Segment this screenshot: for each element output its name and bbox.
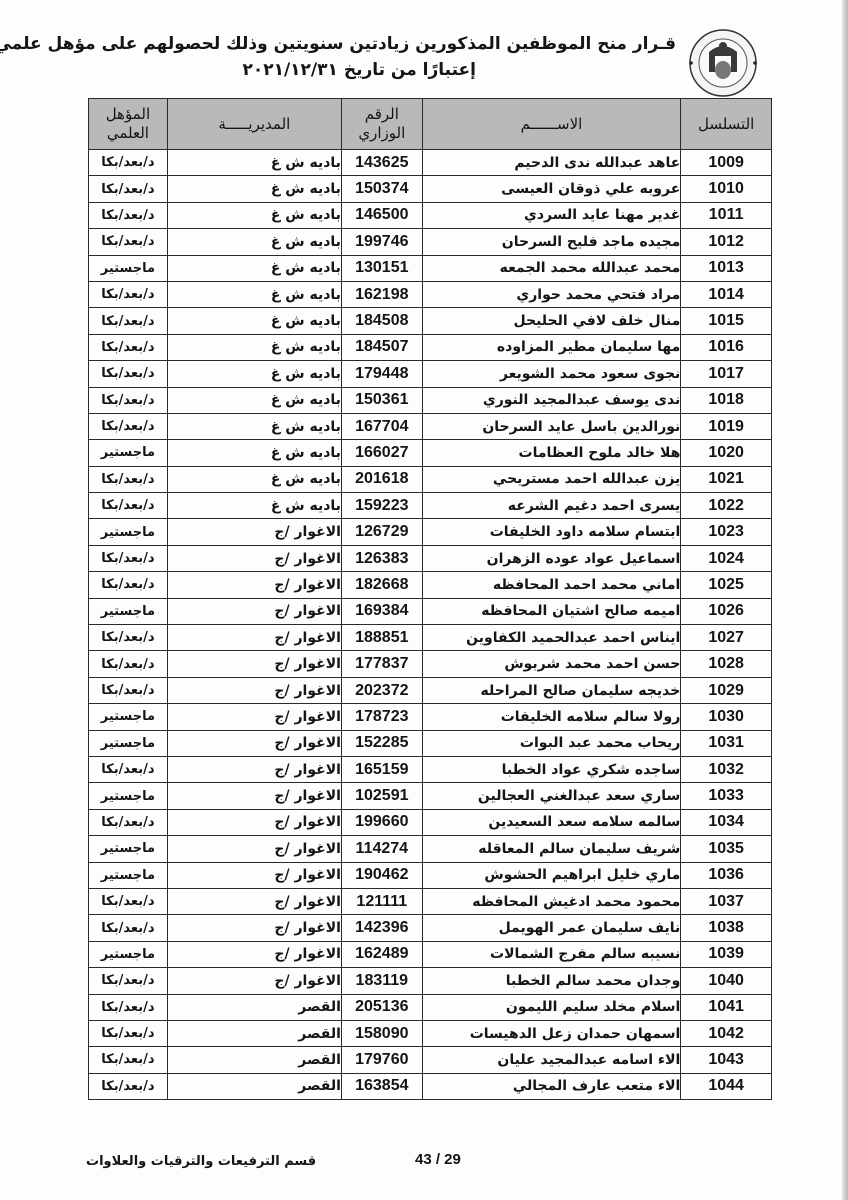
cell-qualification: د/بعد/بكا	[89, 625, 168, 651]
cell-ministry-number: 183119	[341, 968, 422, 994]
cell-directorate: باديه ش غ	[167, 176, 341, 202]
cell-serial: 1037	[681, 888, 772, 914]
table-row: 1042اسمهان حمدان زعل الدهيسات158090القصر…	[89, 1020, 772, 1046]
cell-directorate: الاغوار /ج	[167, 888, 341, 914]
table-row: 1041اسلام مخلد سليم الليمون205136القصرد/…	[89, 994, 772, 1020]
cell-name: يزن عبدالله احمد مستريحي	[422, 466, 681, 492]
cell-directorate: الاغوار /ج	[167, 836, 341, 862]
cell-serial: 1041	[681, 994, 772, 1020]
cell-qualification: د/بعد/بكا	[89, 361, 168, 387]
cell-directorate: الاغوار /ج	[167, 625, 341, 651]
table-row: 1033ساري سعد عبدالغني العجالين102591الاغ…	[89, 783, 772, 809]
cell-directorate: الاغوار /ج	[167, 915, 341, 941]
cell-name: اماني محمد احمد المحافظه	[422, 572, 681, 598]
table-row: 1043الاء اسامه عبدالمجيد عليان179760القص…	[89, 1047, 772, 1073]
col-header-number-line2: الوزاري	[342, 124, 422, 143]
cell-directorate: باديه ش غ	[167, 466, 341, 492]
cell-qualification: ماجستير	[89, 730, 168, 756]
cell-ministry-number: 179448	[341, 361, 422, 387]
cell-serial: 1017	[681, 361, 772, 387]
table-row: 1035شريف سليمان سالم المعاقله114274الاغو…	[89, 836, 772, 862]
cell-serial: 1028	[681, 651, 772, 677]
cell-serial: 1038	[681, 915, 772, 941]
cell-directorate: باديه ش غ	[167, 150, 341, 176]
cell-directorate: باديه ش غ	[167, 334, 341, 360]
cell-qualification: د/بعد/بكا	[89, 150, 168, 176]
cell-ministry-number: 178723	[341, 704, 422, 730]
table-row: 1026اميمه صالح اشتيان المحافظه169384الاغ…	[89, 598, 772, 624]
cell-serial: 1035	[681, 836, 772, 862]
table-row: 1018ندى يوسف عبدالمجيد النوري150361باديه…	[89, 387, 772, 413]
col-header-qualification: المؤهل العلمي	[89, 99, 168, 150]
cell-ministry-number: 201618	[341, 466, 422, 492]
cell-qualification: د/بعد/بكا	[89, 1020, 168, 1046]
table-row: 1021يزن عبدالله احمد مستريحي201618باديه …	[89, 466, 772, 492]
cell-name: غدير مهنا عايد السردي	[422, 202, 681, 228]
cell-ministry-number: 162198	[341, 281, 422, 307]
cell-ministry-number: 121111	[341, 888, 422, 914]
cell-ministry-number: 126383	[341, 545, 422, 571]
cell-qualification: ماجستير	[89, 941, 168, 967]
table-row: 1028حسن احمد محمد شربوش177837الاغوار /جد…	[89, 651, 772, 677]
cell-qualification: د/بعد/بكا	[89, 1073, 168, 1099]
cell-serial: 1032	[681, 756, 772, 782]
cell-directorate: القصر	[167, 1073, 341, 1099]
cell-ministry-number: 188851	[341, 625, 422, 651]
cell-ministry-number: 202372	[341, 677, 422, 703]
cell-name: ساجده شكري عواد الخطبا	[422, 756, 681, 782]
cell-serial: 1044	[681, 1073, 772, 1099]
cell-ministry-number: 126729	[341, 519, 422, 545]
cell-ministry-number: 159223	[341, 493, 422, 519]
cell-serial: 1039	[681, 941, 772, 967]
cell-name: محمود محمد ادغيش المحافظه	[422, 888, 681, 914]
cell-directorate: باديه ش غ	[167, 440, 341, 466]
cell-qualification: د/بعد/بكا	[89, 202, 168, 228]
cell-ministry-number: 152285	[341, 730, 422, 756]
table-row: 1009عاهد عبدالله ندى الدحيم143625باديه ش…	[89, 150, 772, 176]
cell-qualification: د/بعد/بكا	[89, 545, 168, 571]
cell-name: نورالدين باسل عايد السرحان	[422, 413, 681, 439]
cell-serial: 1018	[681, 387, 772, 413]
table-row: 1025اماني محمد احمد المحافظه182668الاغوا…	[89, 572, 772, 598]
cell-ministry-number: 166027	[341, 440, 422, 466]
cell-serial: 1033	[681, 783, 772, 809]
col-header-qual-line2: العلمي	[89, 124, 167, 143]
table-row: 1030رولا سالم سلامه الخليفات178723الاغوا…	[89, 704, 772, 730]
cell-directorate: الاغوار /ج	[167, 704, 341, 730]
cell-qualification: د/بعد/بكا	[89, 229, 168, 255]
cell-qualification: د/بعد/بكا	[89, 809, 168, 835]
cell-serial: 1030	[681, 704, 772, 730]
cell-serial: 1010	[681, 176, 772, 202]
table-row: 1016مها سليمان مطير المزاوده184507باديه …	[89, 334, 772, 360]
cell-directorate: باديه ش غ	[167, 255, 341, 281]
table-row: 1044الاء متعب عارف المجالي163854القصرد/ب…	[89, 1073, 772, 1099]
cell-name: مجيده ماجد فليح السرحان	[422, 229, 681, 255]
cell-qualification: د/بعد/بكا	[89, 334, 168, 360]
cell-ministry-number: 169384	[341, 598, 422, 624]
col-header-name: الاســــــم	[422, 99, 681, 150]
cell-ministry-number: 150374	[341, 176, 422, 202]
table-row: 1017نجوى سعود محمد الشويعر179448باديه ش …	[89, 361, 772, 387]
cell-directorate: الاغوار /ج	[167, 968, 341, 994]
cell-serial: 1015	[681, 308, 772, 334]
cell-serial: 1034	[681, 809, 772, 835]
cell-name: اسمهان حمدان زعل الدهيسات	[422, 1020, 681, 1046]
cell-serial: 1043	[681, 1047, 772, 1073]
cell-name: محمد عبدالله محمد الجمعه	[422, 255, 681, 281]
table-row: 1020هلا خالد ملوح العظامات166027باديه ش …	[89, 440, 772, 466]
cell-ministry-number: 184507	[341, 334, 422, 360]
cell-ministry-number: 199660	[341, 809, 422, 835]
cell-name: رولا سالم سلامه الخليفات	[422, 704, 681, 730]
cell-serial: 1024	[681, 545, 772, 571]
cell-name: خديجه سليمان صالح المراحله	[422, 677, 681, 703]
page-number: 43 / 29	[415, 1151, 461, 1168]
cell-name: يسرى احمد دغيم الشرعه	[422, 493, 681, 519]
table-header-row: التسلسل الاســــــم الرقم الوزاري المدير…	[89, 99, 772, 150]
document-title: قـرار منح الموظفين المذكورين زيادتين سنو…	[0, 34, 676, 54]
cell-qualification: ماجستير	[89, 598, 168, 624]
cell-directorate: باديه ش غ	[167, 308, 341, 334]
cell-qualification: د/بعد/بكا	[89, 281, 168, 307]
cell-qualification: ماجستير	[89, 440, 168, 466]
cell-serial: 1020	[681, 440, 772, 466]
cell-directorate: الاغوار /ج	[167, 783, 341, 809]
col-header-qual-line1: المؤهل	[89, 105, 167, 124]
cell-name: عاهد عبدالله ندى الدحيم	[422, 150, 681, 176]
cell-serial: 1011	[681, 202, 772, 228]
cell-serial: 1027	[681, 625, 772, 651]
cell-serial: 1025	[681, 572, 772, 598]
cell-ministry-number: 114274	[341, 836, 422, 862]
cell-name: عروبه علي ذوقان العيسى	[422, 176, 681, 202]
cell-directorate: القصر	[167, 994, 341, 1020]
cell-qualification: د/بعد/بكا	[89, 756, 168, 782]
cell-name: هلا خالد ملوح العظامات	[422, 440, 681, 466]
cell-ministry-number: 190462	[341, 862, 422, 888]
cell-serial: 1031	[681, 730, 772, 756]
cell-name: اسماعيل عواد عوده الزهران	[422, 545, 681, 571]
department-name: قسم الترفيعات والترقيات والعلاوات	[86, 1154, 316, 1169]
cell-name: مراد فتحي محمد حواري	[422, 281, 681, 307]
cell-ministry-number: 102591	[341, 783, 422, 809]
cell-ministry-number: 162489	[341, 941, 422, 967]
table-row: 1023ابتسام سلامه داود الخليفات126729الاغ…	[89, 519, 772, 545]
cell-ministry-number: 184508	[341, 308, 422, 334]
cell-qualification: د/بعد/بكا	[89, 308, 168, 334]
table-row: 1010عروبه علي ذوقان العيسى150374باديه ش …	[89, 176, 772, 202]
cell-name: منال خلف لافي الحليحل	[422, 308, 681, 334]
cell-name: ندى يوسف عبدالمجيد النوري	[422, 387, 681, 413]
cell-name: حسن احمد محمد شربوش	[422, 651, 681, 677]
cell-directorate: الاغوار /ج	[167, 809, 341, 835]
table-row: 1037محمود محمد ادغيش المحافظه121111الاغو…	[89, 888, 772, 914]
cell-serial: 1042	[681, 1020, 772, 1046]
table-row: 1027ايناس احمد عبدالحميد الكفاوين188851ا…	[89, 625, 772, 651]
col-header-ministry-number: الرقم الوزاري	[341, 99, 422, 150]
cell-qualification: د/بعد/بكا	[89, 572, 168, 598]
cell-qualification: د/بعد/بكا	[89, 1047, 168, 1073]
cell-qualification: ماجستير	[89, 519, 168, 545]
cell-serial: 1019	[681, 413, 772, 439]
cell-directorate: باديه ش غ	[167, 361, 341, 387]
cell-name: اميمه صالح اشتيان المحافظه	[422, 598, 681, 624]
table-row: 1015منال خلف لافي الحليحل184508باديه ش غ…	[89, 308, 772, 334]
cell-serial: 1009	[681, 150, 772, 176]
cell-qualification: د/بعد/بكا	[89, 413, 168, 439]
cell-directorate: الاغوار /ج	[167, 545, 341, 571]
document-subtitle-date: إعتبارًا من تاريخ ٢٠٢١/١٢/٣١	[242, 60, 476, 80]
col-header-number-line1: الرقم	[342, 105, 422, 124]
cell-name: ريحاب محمد عبد البوات	[422, 730, 681, 756]
table-row: 1012مجيده ماجد فليح السرحان199746باديه ش…	[89, 229, 772, 255]
cell-qualification: د/بعد/بكا	[89, 387, 168, 413]
cell-serial: 1029	[681, 677, 772, 703]
cell-name: الاء متعب عارف المجالي	[422, 1073, 681, 1099]
cell-serial: 1022	[681, 493, 772, 519]
cell-ministry-number: 182668	[341, 572, 422, 598]
cell-name: مها سليمان مطير المزاوده	[422, 334, 681, 360]
cell-directorate: الاغوار /ج	[167, 941, 341, 967]
cell-name: سالمه سلامه سعد السعيدين	[422, 809, 681, 835]
cell-qualification: ماجستير	[89, 836, 168, 862]
table-row: 1013محمد عبدالله محمد الجمعه130151باديه …	[89, 255, 772, 281]
ministry-emblem-icon	[683, 28, 763, 98]
cell-ministry-number: 177837	[341, 651, 422, 677]
cell-name: اسلام مخلد سليم الليمون	[422, 994, 681, 1020]
cell-ministry-number: 163854	[341, 1073, 422, 1099]
cell-ministry-number: 199746	[341, 229, 422, 255]
cell-ministry-number: 167704	[341, 413, 422, 439]
cell-ministry-number: 146500	[341, 202, 422, 228]
cell-serial: 1026	[681, 598, 772, 624]
cell-qualification: ماجستير	[89, 255, 168, 281]
col-header-serial: التسلسل	[681, 99, 772, 150]
employees-table: التسلسل الاســــــم الرقم الوزاري المدير…	[88, 98, 772, 1100]
cell-serial: 1040	[681, 968, 772, 994]
cell-qualification: د/بعد/بكا	[89, 915, 168, 941]
cell-directorate: باديه ش غ	[167, 229, 341, 255]
table-row: 1032ساجده شكري عواد الخطبا165159الاغوار …	[89, 756, 772, 782]
cell-directorate: باديه ش غ	[167, 413, 341, 439]
cell-name: وجدان محمد سالم الخطبا	[422, 968, 681, 994]
cell-qualification: ماجستير	[89, 783, 168, 809]
cell-directorate: القصر	[167, 1020, 341, 1046]
cell-qualification: ماجستير	[89, 704, 168, 730]
cell-directorate: باديه ش غ	[167, 493, 341, 519]
table-row: 1019نورالدين باسل عايد السرحان167704بادي…	[89, 413, 772, 439]
cell-ministry-number: 130151	[341, 255, 422, 281]
cell-qualification: ماجستير	[89, 862, 168, 888]
cell-serial: 1036	[681, 862, 772, 888]
cell-name: شريف سليمان سالم المعاقله	[422, 836, 681, 862]
table-row: 1036ماري خليل ابراهيم الحشوش190462الاغوا…	[89, 862, 772, 888]
cell-serial: 1023	[681, 519, 772, 545]
cell-directorate: باديه ش غ	[167, 202, 341, 228]
cell-name: ساري سعد عبدالغني العجالين	[422, 783, 681, 809]
cell-name: ماري خليل ابراهيم الحشوش	[422, 862, 681, 888]
cell-ministry-number: 158090	[341, 1020, 422, 1046]
cell-directorate: الاغوار /ج	[167, 677, 341, 703]
cell-name: الاء اسامه عبدالمجيد عليان	[422, 1047, 681, 1073]
table-row: 1034سالمه سلامه سعد السعيدين199660الاغوا…	[89, 809, 772, 835]
cell-serial: 1016	[681, 334, 772, 360]
cell-directorate: باديه ش غ	[167, 387, 341, 413]
cell-name: ابتسام سلامه داود الخليفات	[422, 519, 681, 545]
cell-directorate: الاغوار /ج	[167, 862, 341, 888]
table-row: 1022يسرى احمد دغيم الشرعه159223باديه ش غ…	[89, 493, 772, 519]
cell-ministry-number: 142396	[341, 915, 422, 941]
cell-directorate: القصر	[167, 1047, 341, 1073]
cell-serial: 1014	[681, 281, 772, 307]
cell-qualification: د/بعد/بكا	[89, 968, 168, 994]
cell-ministry-number: 179760	[341, 1047, 422, 1073]
table-row: 1031ريحاب محمد عبد البوات152285الاغوار /…	[89, 730, 772, 756]
table-row: 1029خديجه سليمان صالح المراحله202372الاغ…	[89, 677, 772, 703]
col-header-directorate: المديريـــــة	[167, 99, 341, 150]
table-row: 1040وجدان محمد سالم الخطبا183119الاغوار …	[89, 968, 772, 994]
cell-name: نايف سليمان عمر الهويمل	[422, 915, 681, 941]
cell-qualification: د/بعد/بكا	[89, 888, 168, 914]
cell-qualification: د/بعد/بكا	[89, 677, 168, 703]
cell-name: ايناس احمد عبدالحميد الكفاوين	[422, 625, 681, 651]
cell-serial: 1013	[681, 255, 772, 281]
cell-directorate: باديه ش غ	[167, 281, 341, 307]
cell-qualification: د/بعد/بكا	[89, 994, 168, 1020]
table-row: 1024اسماعيل عواد عوده الزهران126383الاغو…	[89, 545, 772, 571]
table-row: 1038نايف سليمان عمر الهويمل142396الاغوار…	[89, 915, 772, 941]
cell-directorate: الاغوار /ج	[167, 598, 341, 624]
cell-qualification: د/بعد/بكا	[89, 466, 168, 492]
cell-serial: 1021	[681, 466, 772, 492]
cell-serial: 1012	[681, 229, 772, 255]
cell-ministry-number: 165159	[341, 756, 422, 782]
cell-directorate: الاغوار /ج	[167, 519, 341, 545]
cell-directorate: الاغوار /ج	[167, 756, 341, 782]
cell-ministry-number: 205136	[341, 994, 422, 1020]
cell-qualification: د/بعد/بكا	[89, 176, 168, 202]
scan-edge-strip	[842, 0, 848, 1200]
cell-directorate: الاغوار /ج	[167, 651, 341, 677]
cell-name: نجوى سعود محمد الشويعر	[422, 361, 681, 387]
cell-ministry-number: 143625	[341, 150, 422, 176]
table-row: 1011غدير مهنا عايد السردي146500باديه ش غ…	[89, 202, 772, 228]
table-row: 1039نسيبه سالم مفرج الشمالات162489الاغوا…	[89, 941, 772, 967]
cell-qualification: د/بعد/بكا	[89, 651, 168, 677]
cell-qualification: د/بعد/بكا	[89, 493, 168, 519]
cell-directorate: الاغوار /ج	[167, 572, 341, 598]
table-row: 1014مراد فتحي محمد حواري162198باديه ش غد…	[89, 281, 772, 307]
cell-name: نسيبه سالم مفرج الشمالات	[422, 941, 681, 967]
cell-ministry-number: 150361	[341, 387, 422, 413]
cell-directorate: الاغوار /ج	[167, 730, 341, 756]
